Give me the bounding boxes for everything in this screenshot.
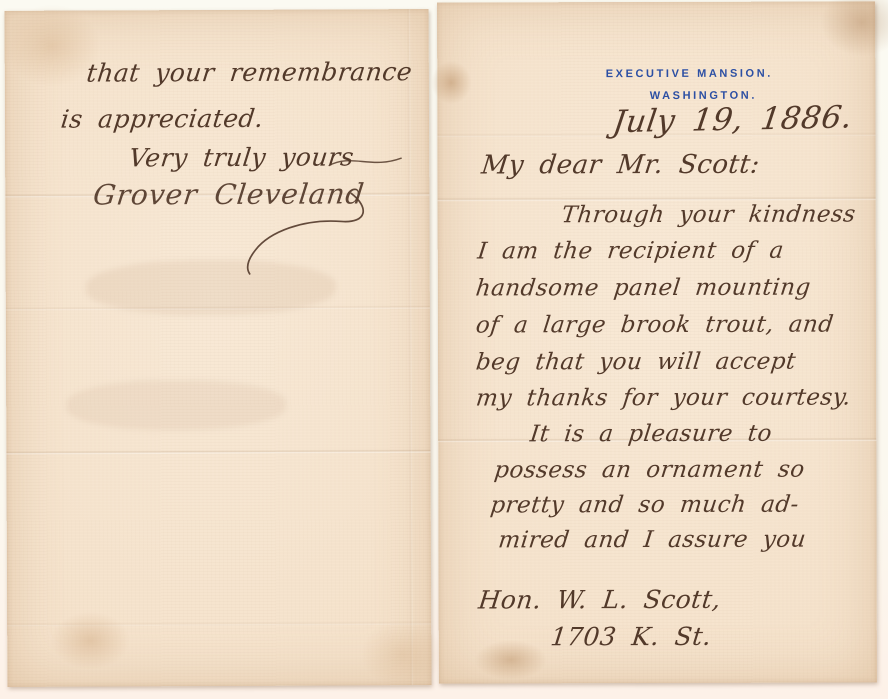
letter-page-left: that your remembrance is appreciated. Ve…: [5, 9, 432, 687]
fold-crease: [407, 9, 414, 685]
fold-crease: [7, 621, 431, 627]
letterhead-washington: WASHINGTON.: [623, 90, 783, 102]
handwritten-closing: Very truly yours: [127, 142, 355, 172]
age-stain: [461, 632, 561, 687]
handwritten-line: possess an ornament so: [493, 457, 806, 484]
handwritten-address-street: 1703 K. St.: [549, 622, 713, 651]
handwritten-line: handsome panel mounting: [474, 275, 812, 302]
handwritten-line: that your remembrance: [85, 57, 414, 87]
scanned-letter-background: that your remembrance is appreciated. Ve…: [0, 0, 888, 699]
fold-crease: [6, 449, 430, 455]
handwritten-line: mired and I assure you: [497, 527, 808, 554]
handwritten-line: I am the recipient of a: [476, 238, 785, 265]
fold-crease: [6, 305, 430, 311]
handwritten-line: of a large brook trout, and: [474, 312, 835, 339]
age-stain: [35, 600, 145, 680]
handwritten-line: is appreciated.: [59, 104, 265, 134]
handwritten-line: It is a pleasure to: [529, 421, 774, 448]
signature-paraph-flourish: [221, 187, 373, 280]
handwritten-line: Through your kindness: [560, 201, 857, 228]
handwritten-salutation: My dear Mr. Scott:: [480, 150, 762, 181]
handwritten-line: my thanks for your courtesy.: [475, 384, 853, 411]
pen-flourish: [327, 151, 403, 173]
handwritten-line: beg that you will accept: [474, 349, 797, 376]
handwritten-date: July 19, 1886.: [611, 99, 855, 140]
letterhead-executive-mansion: EXECUTIVE MANSION.: [583, 68, 795, 81]
letter-page-right: EXECUTIVE MANSION. WASHINGTON. July 19, …: [437, 1, 877, 683]
handwritten-address-name: Hon. W. L. Scott,: [477, 585, 723, 615]
handwritten-line: pretty and so much ad-: [489, 492, 801, 519]
ink-showthrough: [66, 380, 286, 431]
age-stain: [807, 0, 888, 68]
age-stain: [423, 52, 479, 112]
